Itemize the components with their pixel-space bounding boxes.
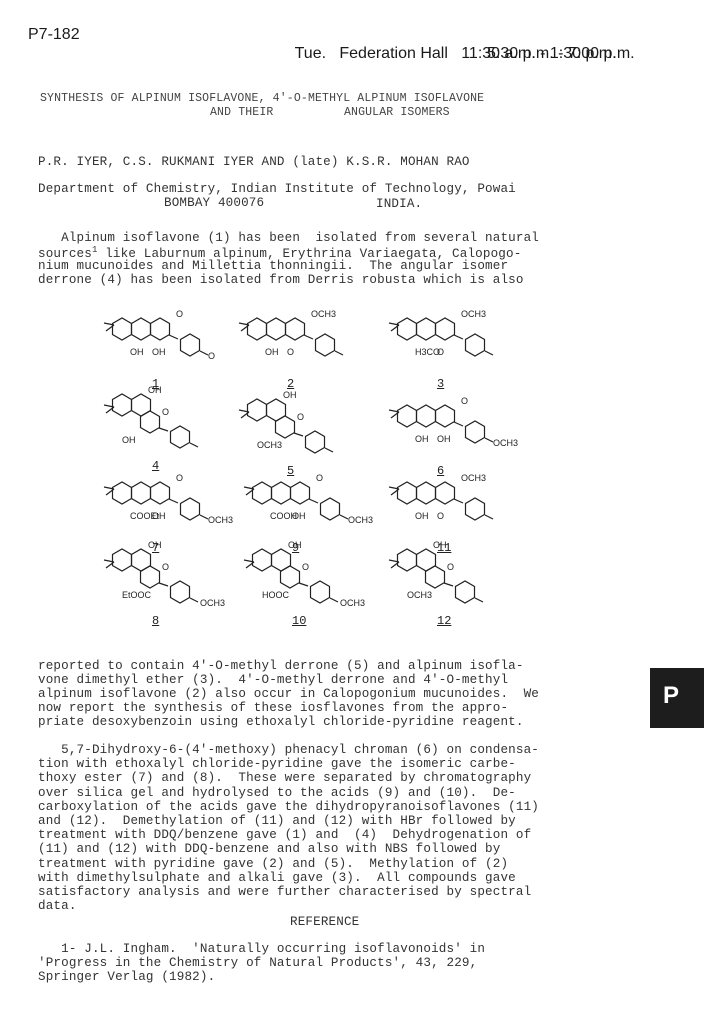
molecule-drawing: OHOOH — [100, 385, 240, 465]
svg-text:O: O — [208, 351, 215, 361]
svg-text:O: O — [287, 347, 294, 357]
structure-10: OHOHOOCOCH3 — [240, 540, 380, 625]
paragraph-3-line-10: with dimethylsulphate and alkali gave (3… — [38, 871, 516, 885]
svg-text:O: O — [162, 562, 169, 572]
svg-text:OCH3: OCH3 — [407, 590, 432, 600]
session-venue: Federation Hall — [339, 45, 448, 62]
paper-title-line-2: AND THEIR ANGULAR ISOMERS — [210, 106, 450, 119]
svg-text:OH: OH — [148, 540, 162, 550]
reference-line-3: Springer Verlag (1982). — [38, 970, 215, 984]
structure-6: OHOHOOCH3 — [385, 390, 525, 475]
paragraph-3-line-3: thoxy ester (7) and (8). These were sepa… — [38, 771, 531, 785]
structure-4: OHOOH — [100, 385, 240, 470]
svg-text:O: O — [176, 473, 183, 483]
reference-line-2: 'Progress in the Chemistry of Natural Pr… — [38, 956, 477, 970]
molecule-drawing: OHOOCH3 — [385, 540, 525, 620]
svg-text:O: O — [162, 407, 169, 417]
affiliation-country: INDIA. — [376, 197, 422, 211]
svg-text:OCH3: OCH3 — [311, 309, 336, 319]
svg-text:OCH3: OCH3 — [340, 598, 365, 608]
svg-text:OH: OH — [292, 511, 306, 521]
paragraph-3-line-7: treatment with DDQ/benzene gave (1) and … — [38, 828, 531, 842]
svg-text:OH: OH — [148, 385, 162, 395]
svg-text:O: O — [437, 347, 444, 357]
structure-8: OHOEtOOCOCH3 — [100, 540, 240, 625]
svg-text:HOOC: HOOC — [262, 590, 290, 600]
compound-number-2: 2 — [287, 377, 294, 391]
paragraph-2-line-3: alpinum isoflavone (2) also occur in Cal… — [38, 687, 539, 701]
paragraph-3-line-11: satisfactory analysis and were further c… — [38, 885, 531, 899]
structure-2: OHOOCH3 — [235, 303, 375, 388]
paragraph-3-line-6: and (12). Demethylation of (11) and (12)… — [38, 814, 516, 828]
svg-text:OH: OH — [283, 390, 297, 400]
molecule-drawing: OHOOCH3 — [235, 390, 375, 470]
svg-text:OH: OH — [265, 347, 279, 357]
molecule-drawing: OHOOCH3 — [235, 303, 375, 383]
svg-text:OCH3: OCH3 — [257, 440, 282, 450]
paragraph-1-line-4: derrone (4) has been isolated from Derri… — [38, 273, 524, 287]
svg-text:OH: OH — [288, 540, 302, 550]
paragraph-2-line-5: priate desoxybenzoin using ethoxalyl chl… — [38, 715, 524, 729]
session-day: Tue. — [295, 45, 326, 62]
molecule-drawing: OHOHOOCH3 — [385, 390, 525, 470]
paper-title-line-1: SYNTHESIS OF ALPINUM ISOFLAVONE, 4'-O-ME… — [40, 92, 484, 105]
paragraph-2-line-4: now report the synthesis of these iosfla… — [38, 701, 508, 715]
svg-text:OH: OH — [152, 347, 166, 357]
svg-text:OH: OH — [433, 540, 447, 550]
svg-text:OCH3: OCH3 — [348, 515, 373, 525]
svg-text:OCH3: OCH3 — [493, 438, 518, 448]
paragraph-3-line-1: 5,7-Dihydroxy-6-(4'-methoxy) phenacyl ch… — [38, 743, 539, 757]
svg-text:O: O — [297, 412, 304, 422]
affiliation-line-1: Department of Chemistry, Indian Institut… — [38, 182, 516, 196]
structure-3: H3COOOCH3 — [385, 303, 525, 388]
paragraph-3-line-8: (11) and (12) with DDQ-benzene and also … — [38, 842, 500, 856]
svg-text:O: O — [437, 511, 444, 521]
svg-text:EtOOC: EtOOC — [122, 590, 152, 600]
svg-text:OCH3: OCH3 — [200, 598, 225, 608]
structure-12: OHOOCH3 — [385, 540, 525, 625]
svg-text:OH: OH — [152, 511, 166, 521]
svg-text:OH: OH — [130, 347, 144, 357]
paragraph-1-line-3: nium mucunoides and Millettia thonningii… — [38, 259, 508, 273]
structure-1: OHOHOO — [100, 303, 240, 388]
session-time-2: 5:30 p.m. - 7:00 p.m. — [487, 45, 635, 63]
structure-5: OHOOCH3 — [235, 390, 375, 475]
paragraph-1-line-1: Alpinum isoflavone (1) has been isolated… — [38, 231, 539, 245]
svg-text:O: O — [316, 473, 323, 483]
paragraph-3-line-2: tion with ethoxalyl chloride-pyridine ga… — [38, 757, 516, 771]
molecule-drawing: OHOOCH3 — [385, 467, 525, 547]
paragraph-3-line-4: over silica gel and hydrolysed to the ac… — [38, 786, 516, 800]
compound-number-8: 8 — [152, 614, 159, 628]
compound-number-12: 12 — [437, 614, 451, 628]
chemical-structures-figure: OHOHOO1OHOOCH32H3COOOCH33OHOOH4OHOOCH35O… — [0, 295, 640, 645]
paragraph-2-line-1: reported to contain 4'-O-methyl derrone … — [38, 659, 524, 673]
svg-text:OH: OH — [437, 434, 451, 444]
svg-text:OH: OH — [415, 511, 429, 521]
svg-text:OH: OH — [415, 434, 429, 444]
molecule-drawing: OHOHOOCOCH3 — [240, 540, 380, 620]
molecule-drawing: COOEtOHOOCH3 — [100, 467, 240, 547]
svg-text:OH: OH — [122, 435, 136, 445]
svg-text:OCH3: OCH3 — [208, 515, 233, 525]
molecule-drawing: OHOEtOOCOCH3 — [100, 540, 240, 620]
session-code: P7-182 — [28, 26, 80, 44]
molecule-drawing: COOHOHOOCH3 — [240, 467, 380, 547]
section-tab-p: P — [650, 668, 704, 728]
authors: P.R. IYER, C.S. RUKMANI IYER AND (late) … — [38, 155, 470, 169]
svg-text:OCH3: OCH3 — [461, 309, 486, 319]
svg-text:O: O — [302, 562, 309, 572]
compound-number-10: 10 — [292, 614, 306, 628]
paragraph-3-line-9: treatment with pyridine gave (2) and (5)… — [38, 857, 508, 871]
affiliation-city: BOMBAY 400076 — [164, 196, 264, 210]
reference-line-1: 1- J.L. Ingham. 'Naturally occurring iso… — [38, 942, 485, 956]
molecule-drawing: OHOHOO — [100, 303, 240, 383]
paragraph-3-line-12: data. — [38, 899, 77, 913]
paragraph-3-line-5: carboxylation of the acids gave the dihy… — [38, 800, 539, 814]
svg-text:O: O — [447, 562, 454, 572]
reference-heading: REFERENCE — [290, 915, 359, 929]
molecule-drawing: H3COOOCH3 — [385, 303, 525, 383]
section-tab-letter: P — [663, 682, 679, 710]
svg-text:OCH3: OCH3 — [461, 473, 486, 483]
svg-text:O: O — [461, 396, 468, 406]
paragraph-2-line-2: vone dimethyl ether (3). 4'-O-methyl der… — [38, 673, 508, 687]
compound-number-3: 3 — [437, 377, 444, 391]
svg-text:O: O — [176, 309, 183, 319]
